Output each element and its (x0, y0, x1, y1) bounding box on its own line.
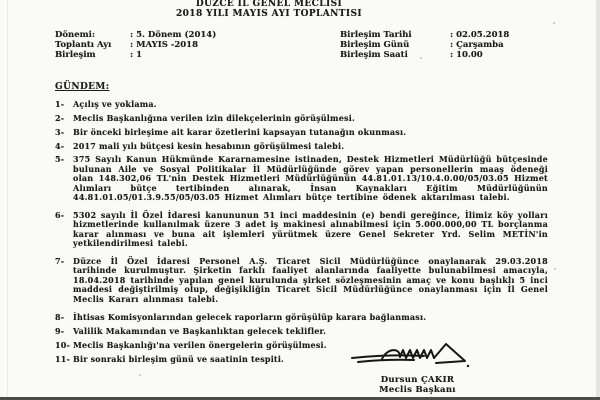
signature-scribble (348, 341, 488, 377)
meta-label: Birleşim Saati (340, 50, 450, 60)
scan-speck (553, 22, 555, 24)
document-header: DÜZCE İL GENEL MECLİSİ 2018 YILI MAYIS A… (0, 0, 600, 19)
scanned-document-page: DÜZCE İL GENEL MECLİSİ 2018 YILI MAYIS A… (0, 0, 600, 400)
metadata-right-column: Birleşim Tarihi : 02.05.2018 Birleşim Gü… (340, 30, 509, 60)
agenda-item-number: 4- (55, 141, 73, 151)
metadata-left-column: Dönemi: : 5. Dönem (2014) Toplantı Ayı :… (55, 30, 340, 60)
meta-value: : 5. Dönem (2014) (130, 30, 216, 40)
agenda-list: 1- Açılış ve yoklama. 2- Meclis Başkanlı… (0, 99, 600, 364)
signer-name: Dursun ÇAKIR (335, 375, 500, 385)
agenda-item-text: 5302 sayılı İl Özel İdaresi kanununun 51… (73, 211, 548, 249)
meta-row-birlesim: Birleşim : 1 (55, 50, 340, 60)
agenda-item-8: 8- İhtisas Komisyonlarından gelecek rapo… (55, 312, 548, 322)
scan-speck (544, 172, 546, 174)
agenda-item-text: Düzce İl Özel İdaresi Personel A.Ş. Tica… (73, 257, 548, 305)
signature-block: Dursun ÇAKIR Meclis Başkanı (335, 341, 500, 395)
agenda-item-number: 8- (55, 312, 73, 322)
agenda-item-9: 9- Valilik Makamından ve Başkanlıktan ge… (55, 326, 548, 336)
agenda-item-number: 6- (55, 211, 73, 249)
agenda-item-text: Meclis Başkanlığına verilen izin dilekçe… (73, 113, 548, 123)
meta-value: : 10.00 (450, 50, 483, 60)
scan-edge-left (7, 0, 8, 400)
agenda-item-6: 6- 5302 sayılı İl Özel İdaresi kanununun… (55, 211, 548, 249)
agenda-item-number: 10- (55, 340, 73, 350)
agenda-heading: GÜNDEM: (55, 82, 110, 92)
meta-label: Birleşim Günü (340, 40, 450, 50)
agenda-item-3: 3- Bir önceki birleşime ait karar özetle… (55, 127, 548, 137)
meta-row-donemi: Dönemi: : 5. Dönem (2014) (55, 30, 340, 40)
meta-value: : 02.05.2018 (450, 30, 509, 40)
meta-label: Toplantı Ayı (55, 40, 130, 50)
agenda-item-text: 2017 mali yılı bütçesi kesin hesabının g… (73, 141, 548, 151)
meta-row-birlesim-gunu: Birleşim Günü : Çarşamba (340, 40, 509, 50)
meta-value: : MAYIS -2018 (130, 40, 198, 50)
agenda-item-2: 2- Meclis Başkanlığına verilen izin dile… (55, 113, 548, 123)
agenda-item-1: 1- Açılış ve yoklama. (55, 99, 548, 109)
agenda-item-number: 3- (55, 127, 73, 137)
meeting-metadata: Dönemi: : 5. Dönem (2014) Toplantı Ayı :… (0, 30, 600, 60)
agenda-item-number: 1- (55, 99, 73, 109)
agenda-item-number: 9- (55, 326, 73, 336)
agenda-item-number: 5- (55, 155, 73, 203)
agenda-item-text: 375 Sayılı Kanun Hükmünde Kararnamesine … (73, 155, 548, 203)
meta-row-birlesim-saati: Birleşim Saati : 10.00 (340, 50, 509, 60)
agenda-item-text: Bir önceki birleşime ait karar özetlerin… (73, 127, 548, 137)
meta-value: : Çarşamba (450, 40, 504, 50)
scan-edge-right (596, 0, 600, 400)
agenda-item-4: 4- 2017 mali yılı bütçesi kesin hesabını… (55, 141, 548, 151)
agenda-item-number: 7- (55, 257, 73, 305)
document-title-line2: 2018 YILI MAYIS AYI TOPLANTISI (0, 9, 538, 19)
agenda-item-number: 11- (55, 354, 73, 364)
scan-speck (420, 57, 422, 59)
document-title-line1: DÜZCE İL GENEL MECLİSİ (0, 0, 538, 9)
meta-row-birlesim-tarihi: Birleşim Tarihi : 02.05.2018 (340, 30, 509, 40)
scan-speck (139, 374, 141, 376)
meta-label: Birleşim (55, 50, 130, 60)
meta-label: Birleşim Tarihi (340, 30, 450, 40)
agenda-item-5: 5- 375 Sayılı Kanun Hükmünde Kararnamesi… (55, 155, 548, 203)
signer-title: Meclis Başkanı (335, 385, 500, 395)
meta-row-toplanti-ayi: Toplantı Ayı : MAYIS -2018 (55, 40, 340, 50)
scan-speck (554, 268, 556, 270)
agenda-item-7: 7- Düzce İl Özel İdaresi Personel A.Ş. T… (55, 257, 548, 305)
meta-label: Dönemi: (55, 30, 130, 40)
meta-value: : 1 (130, 50, 142, 60)
agenda-item-number: 2- (55, 113, 73, 123)
agenda-item-text: İhtisas Komisyonlarından gelecek raporla… (73, 312, 548, 322)
agenda-item-text: Açılış ve yoklama. (73, 99, 548, 109)
agenda-heading-row: GÜNDEM: (0, 60, 600, 99)
agenda-item-text: Valilik Makamından ve Başkanlıktan gelec… (73, 326, 548, 336)
